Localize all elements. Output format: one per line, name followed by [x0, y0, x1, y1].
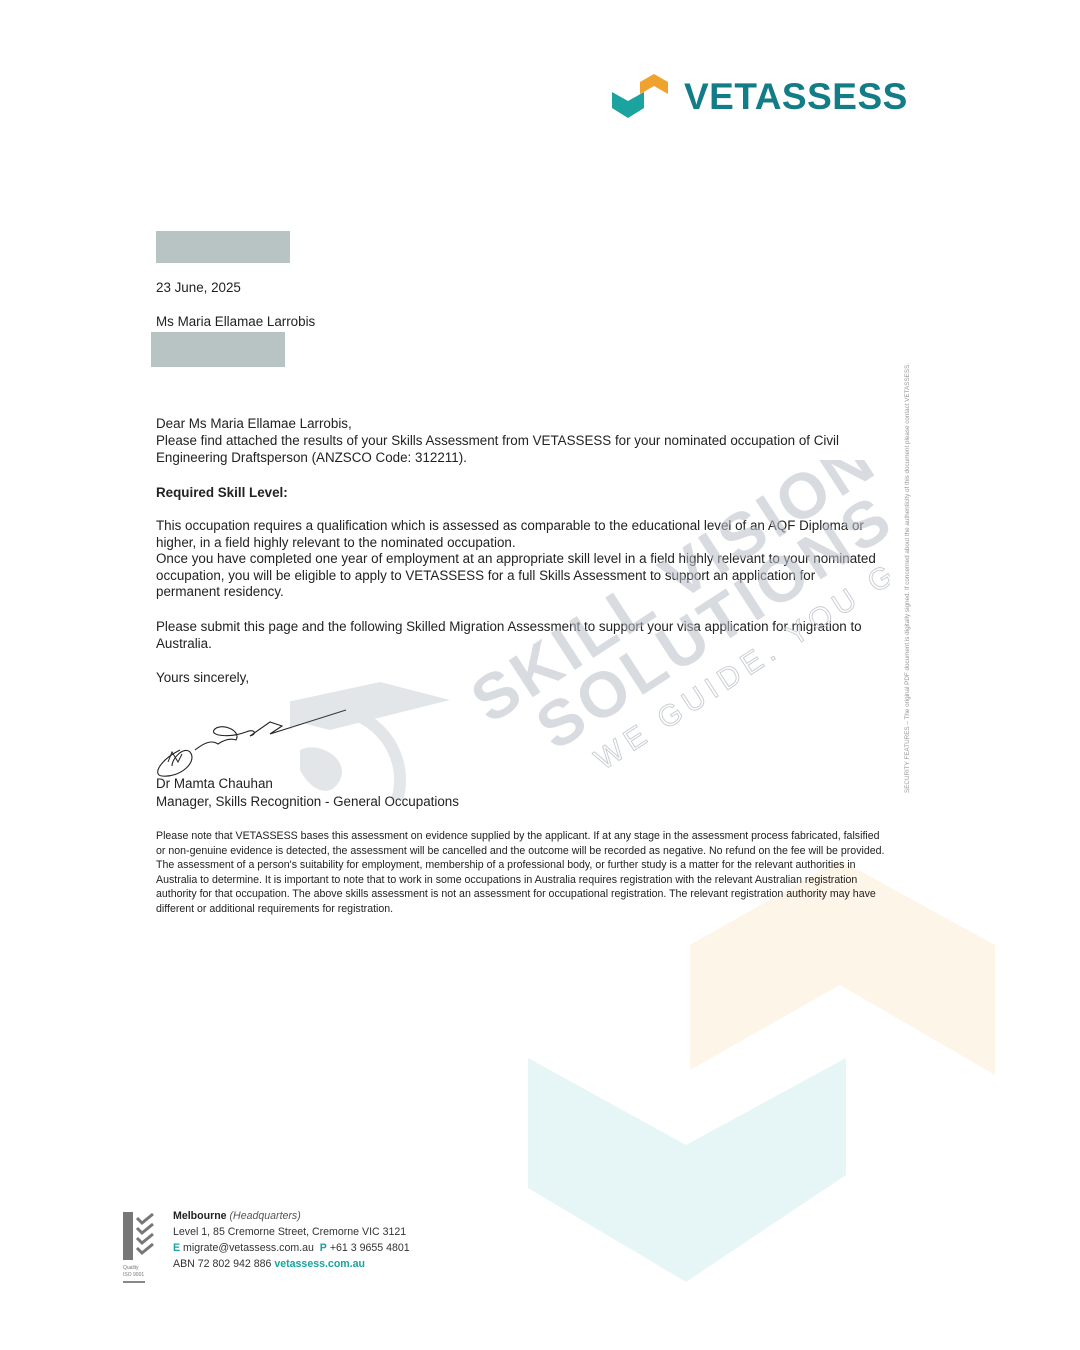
footer-address: Level 1, 85 Cremorne Street, Cremorne VI…	[173, 1224, 410, 1240]
signer-title: Manager, Skills Recognition - General Oc…	[156, 794, 459, 811]
security-features-note: SECURITY FEATURES – The original PDF doc…	[904, 213, 911, 793]
recipient-name: Ms Maria Ellamae Larrobis	[156, 314, 315, 331]
footer-abn-row: ABN 72 802 942 886 vetassess.com.au	[173, 1256, 410, 1272]
closing: Yours sincerely,	[156, 670, 249, 687]
requirement-2: Once you have completed one year of empl…	[156, 551, 881, 601]
abn: ABN 72 802 942 886	[173, 1258, 271, 1270]
iso-certification-badge: Quality ISO 9001	[123, 1212, 155, 1287]
cert-standard-label: ISO 9001	[123, 1272, 144, 1278]
footer-city: Melbourne	[173, 1210, 227, 1222]
letter-date: 23 June, 2025	[156, 280, 241, 297]
redacted-address	[151, 332, 285, 367]
signature	[150, 700, 350, 780]
requirements-paragraph: This occupation requires a qualification…	[156, 518, 881, 601]
footer-contacts: E migrate@vetassess.com.au P +61 3 9655 …	[173, 1240, 410, 1256]
salutation: Dear Ms Maria Ellamae Larrobis,	[156, 416, 352, 433]
website-link[interactable]: vetassess.com.au	[274, 1258, 365, 1270]
logo-wordmark: VETASSESS	[684, 78, 908, 115]
email-label: E	[173, 1242, 180, 1254]
logo-mark-icon	[610, 70, 670, 122]
disclaimer: Please note that VETASSESS bases this as…	[156, 829, 886, 917]
requirement-1: This occupation requires a qualification…	[156, 518, 881, 551]
footer-contact: Melbourne (Headquarters) Level 1, 85 Cre…	[173, 1208, 410, 1272]
cert-quality-label: Quality	[123, 1265, 139, 1271]
phone-number[interactable]: +61 3 9655 4801	[330, 1242, 410, 1254]
phone-label: P	[320, 1242, 327, 1254]
email-link[interactable]: migrate@vetassess.com.au	[183, 1242, 314, 1254]
footer-hq: (Headquarters)	[230, 1210, 301, 1222]
intro-paragraph: Please find attached the results of your…	[156, 433, 876, 466]
vetassess-logo: VETASSESS	[610, 68, 908, 124]
section-heading: Required Skill Level:	[156, 485, 288, 502]
redacted-reference	[156, 231, 290, 263]
footer-location: Melbourne (Headquarters)	[173, 1208, 410, 1224]
submit-paragraph: Please submit this page and the followin…	[156, 619, 881, 652]
signer-name: Dr Mamta Chauhan	[156, 776, 273, 793]
